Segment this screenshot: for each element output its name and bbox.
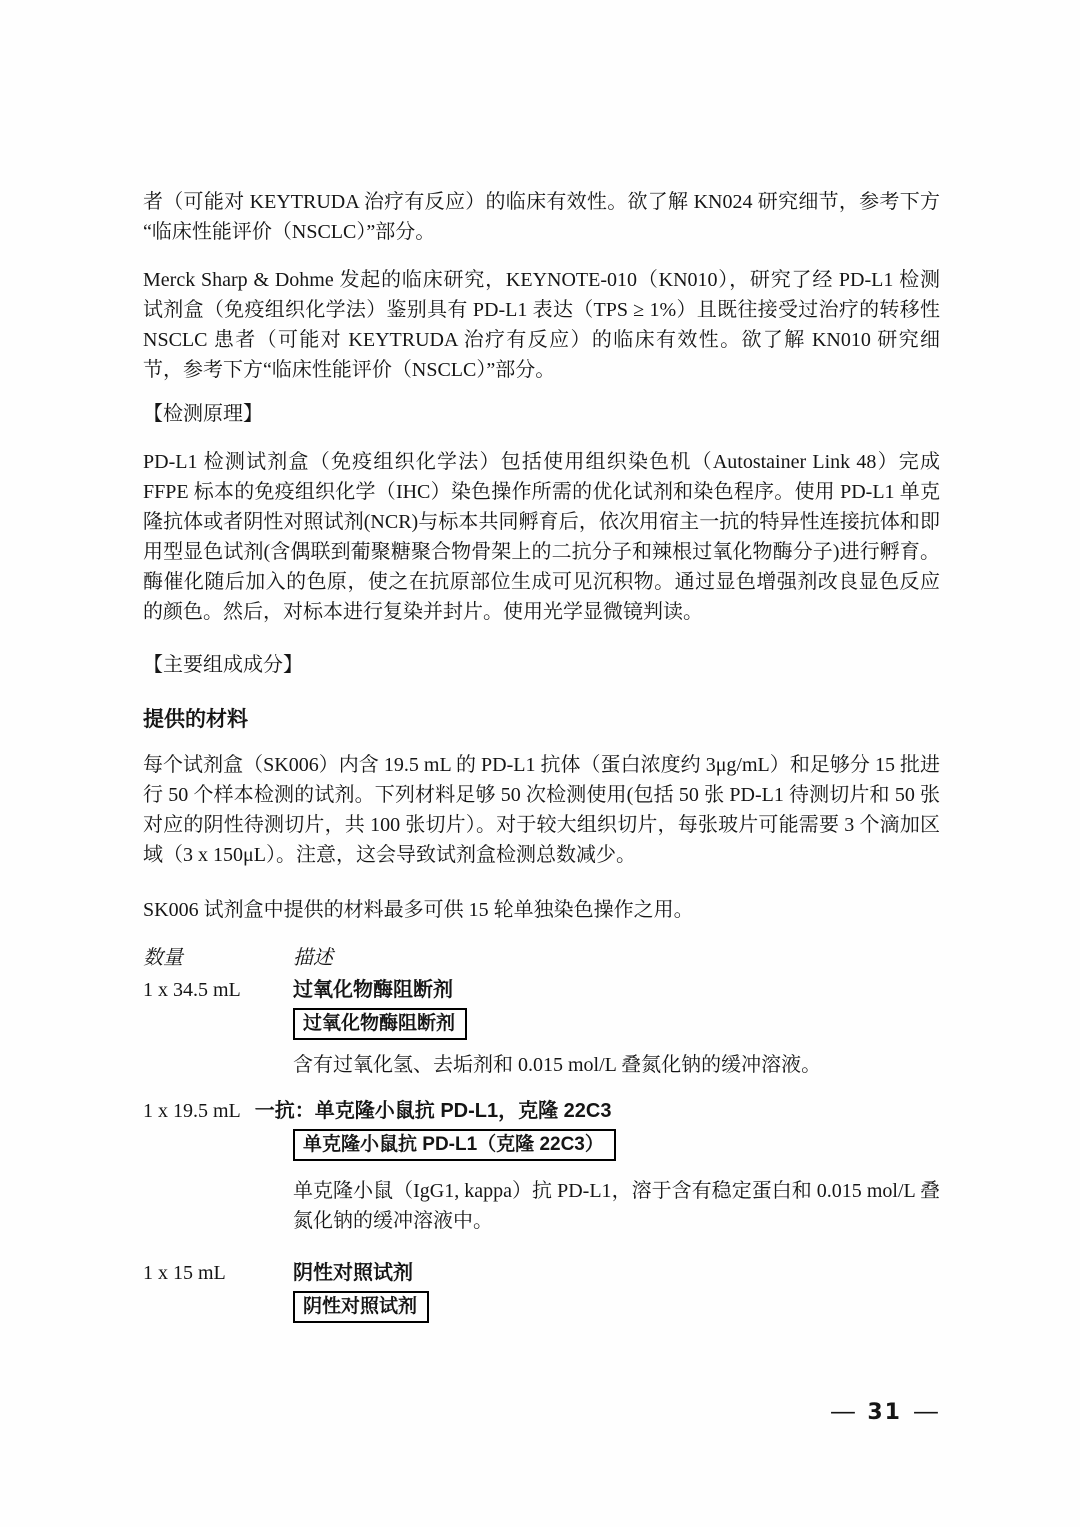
- paragraph-keynote-010: Merck Sharp & Dohme 发起的临床研究，KEYNOTE-010（…: [143, 265, 940, 385]
- section-heading-main-components: 【主要组成成分】: [143, 650, 940, 680]
- quantity-value: 1 x 15 mL: [143, 1258, 293, 1288]
- table-row-peroxidase-block: 1 x 34.5 mL 过氧化物酶阻断剂 过氧化物酶阻断剂 含有过氧化氢、去垢剂…: [143, 975, 940, 1080]
- paragraph-kit-capacity: SK006 试剂盒中提供的材料最多可供 15 轮单独染色操作之用。: [143, 895, 940, 925]
- page-number: 31: [867, 1398, 902, 1428]
- reagent-box-label: 单克隆小鼠抗 PD-L1（克隆 22C3）: [293, 1129, 616, 1161]
- paragraph-kn024-clinical: 者（可能对 KEYTRUDA 治疗有反应）的临床有效性。欲了解 KN024 研究…: [143, 187, 940, 247]
- paragraph-kit-contents: 每个试剂盒（SK006）内含 19.5 mL 的 PD-L1 抗体（蛋白浓度约 …: [143, 750, 940, 870]
- paragraph-detection-principle: PD-L1 检测试剂盒（免疫组织化学法）包括使用组织染色机（Autostaine…: [143, 447, 940, 627]
- footer-left-dash: —: [830, 1398, 856, 1428]
- materials-table: 数量 描述 1 x 34.5 mL 过氧化物酶阻断剂 过氧化物酶阻断剂 含有过氧…: [143, 943, 940, 1333]
- reagent-name: 过氧化物酶阻断剂: [293, 975, 453, 1005]
- table-row-primary-antibody: 1 x 19.5 mL 一抗：单克隆小鼠抗 PD-L1，克隆 22C3 单克隆小…: [143, 1096, 940, 1236]
- document-page: 者（可能对 KEYTRUDA 治疗有反应）的临床有效性。欲了解 KN024 研究…: [0, 0, 1080, 1527]
- page-content: 者（可能对 KEYTRUDA 治疗有反应）的临床有效性。欲了解 KN024 研究…: [143, 187, 940, 1333]
- materials-table-header-row: 数量 描述: [143, 943, 940, 973]
- reagent-description: 单克隆小鼠（IgG1, kappa）抗 PD-L1，溶于含有稳定蛋白和 0.01…: [293, 1176, 940, 1236]
- column-header-description: 描述: [293, 943, 333, 973]
- table-row-negative-control: 1 x 15 mL 阴性对照试剂 阴性对照试剂: [143, 1258, 940, 1333]
- quantity-value: 1 x 19.5 mL: [143, 1096, 241, 1126]
- quantity-value: 1 x 34.5 mL: [143, 975, 293, 1005]
- page-number-footer: — 31 —: [832, 1398, 937, 1428]
- subheading-materials-provided: 提供的材料: [143, 705, 940, 735]
- reagent-box-label: 阴性对照试剂: [293, 1291, 429, 1323]
- reagent-box-label: 过氧化物酶阻断剂: [293, 1008, 467, 1040]
- reagent-description: 含有过氧化氢、去垢剂和 0.015 mol/L 叠氮化钠的缓冲溶液。: [293, 1050, 940, 1080]
- reagent-name: 一抗：单克隆小鼠抗 PD-L1，克隆 22C3: [255, 1096, 612, 1126]
- column-header-quantity: 数量: [143, 943, 293, 973]
- footer-right-dash: —: [913, 1398, 939, 1428]
- reagent-name: 阴性对照试剂: [293, 1258, 413, 1288]
- section-heading-detection-principle: 【检测原理】: [143, 399, 940, 429]
